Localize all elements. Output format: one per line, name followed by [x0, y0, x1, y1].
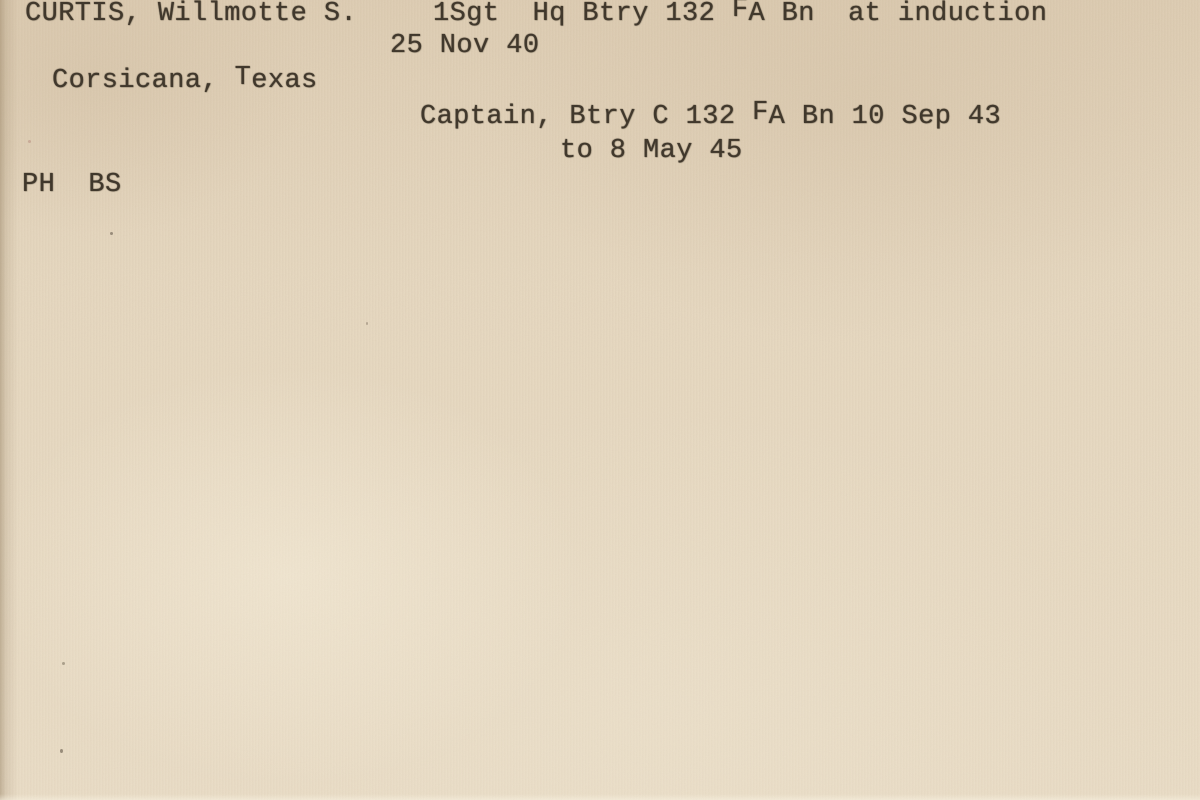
induction-entry-text: 1Sgt Hq Btry 132 — [433, 0, 732, 29]
officer-entry-text-end: A Bn 10 Sep 43 — [769, 102, 1001, 132]
soldier-name: CURTIS, Willmotte S. — [25, 1, 357, 28]
awards-line: PH BS — [22, 172, 122, 199]
induction-date: 25 Nov 40 — [390, 33, 539, 60]
residence-line: Corsicana, Texas — [52, 68, 318, 95]
paper-speck — [60, 749, 63, 753]
service-record-card: CURTIS, Willmotte S. 1Sgt Hq Btry 132 FA… — [0, 0, 1200, 800]
officer-entry-end-date: to 8 May 45 — [560, 138, 743, 165]
induction-entry-line: 1Sgt Hq Btry 132 FA Bn at induction — [433, 1, 1047, 28]
induction-entry-text-end: A Bn at induction — [748, 0, 1047, 29]
officer-entry-text: Captain, Btry C 132 — [420, 102, 752, 132]
residence-raised-letter: T — [235, 63, 252, 93]
residence-text: Corsicana, — [52, 66, 235, 96]
officer-entry-line: Captain, Btry C 132 FA Bn 10 Sep 43 — [420, 104, 1001, 131]
residence-text-end: exas — [251, 66, 317, 96]
paper-speck — [366, 322, 368, 325]
officer-entry-raised-letter: F — [752, 98, 769, 128]
paper-speck — [62, 662, 65, 665]
paper-speck — [28, 140, 31, 143]
induction-entry-raised-letter: F — [732, 0, 749, 25]
paper-speck — [110, 232, 113, 235]
